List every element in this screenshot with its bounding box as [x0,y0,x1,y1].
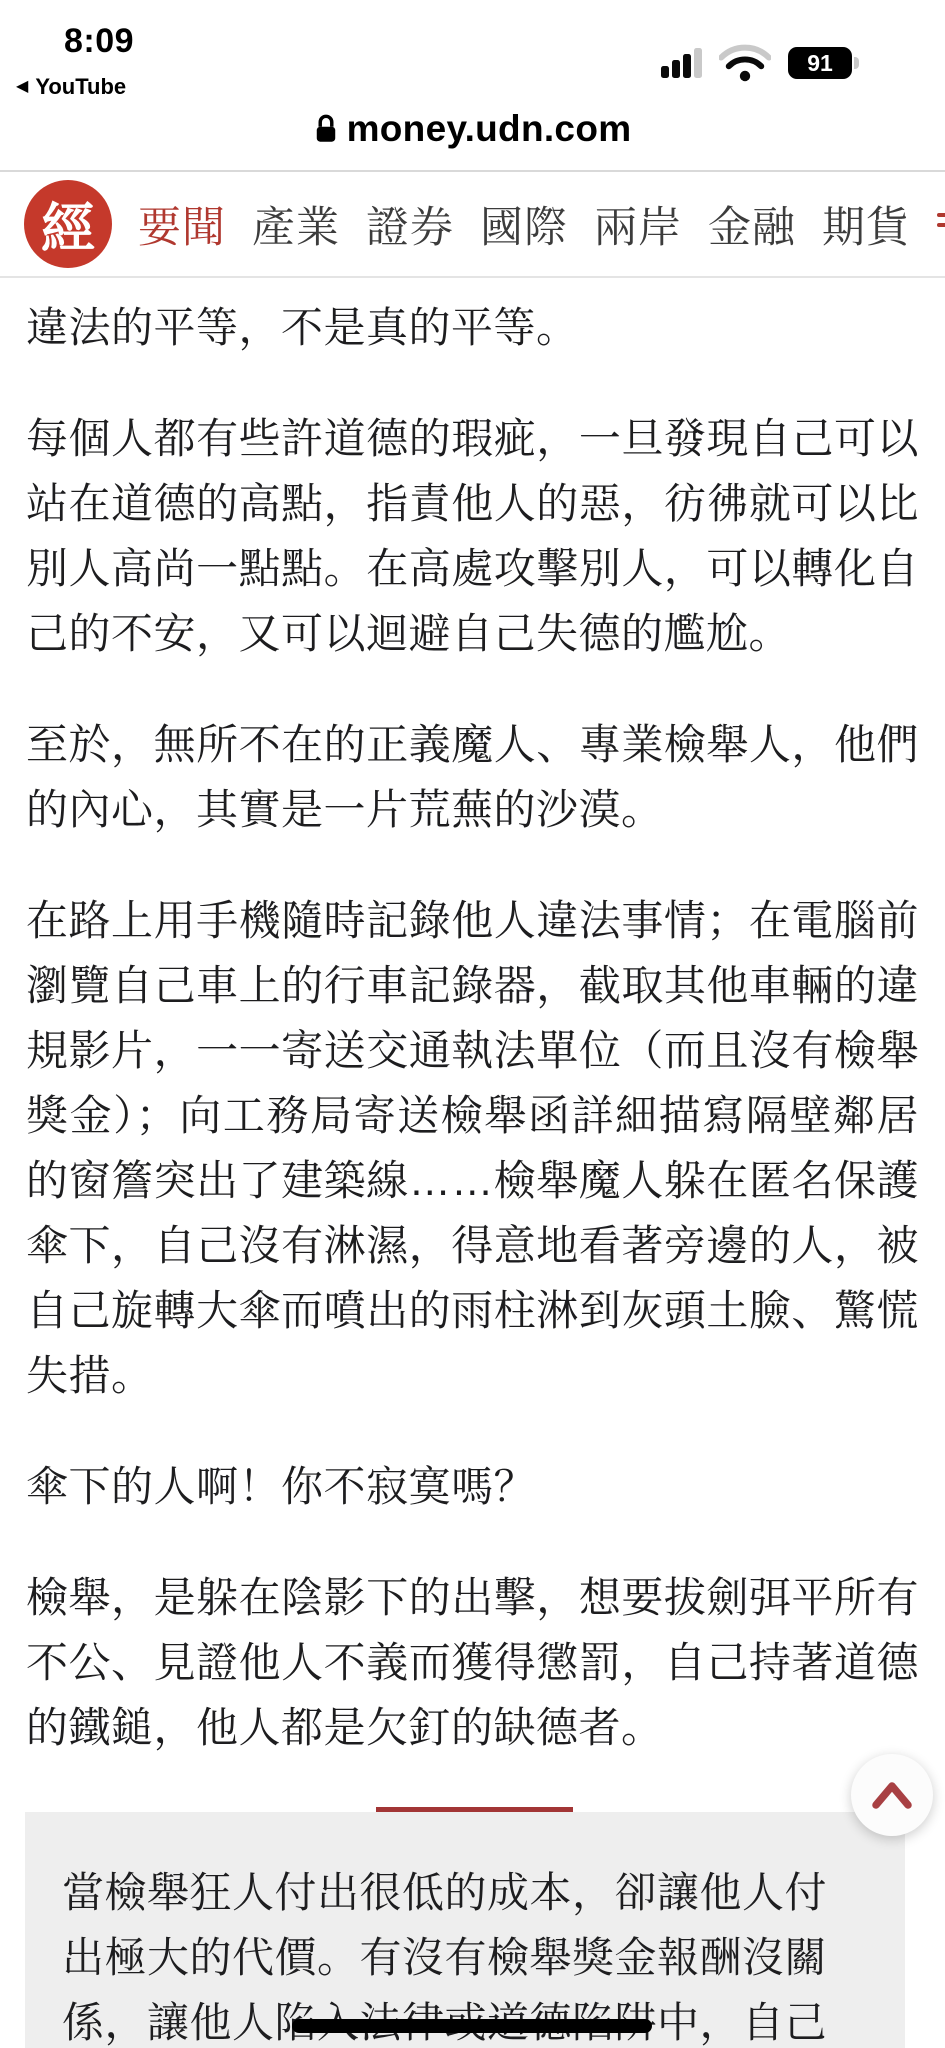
nav-tab-zhengquan[interactable]: 證券 [366,194,454,255]
wifi-icon [719,44,771,82]
nav-tab-qihuo[interactable]: 期貨 [822,194,910,255]
article-body: 違法的平等，不是真的平等。 每個人都有些許道德的瑕疵，一旦發現自己可以站在道德的… [0,278,945,1760]
back-to-app-button[interactable]: ◀ YouTube [16,74,126,100]
nav-tab-guoji[interactable]: 國際 [480,194,568,255]
battery-nub [854,57,859,69]
article-paragraph: 在路上用手機隨時記錄他人違法事情；在電腦前瀏覽自己車上的行車記錄器，截取其他車輛… [26,888,919,1408]
chevron-up-icon [866,1776,918,1814]
pull-quote-box: 當檢舉狂人付出很低的成本，卻讓他人付出極大的代價。有沒有檢舉獎金報酬沒關係，讓他… [25,1812,905,2048]
article-paragraph: 傘下的人啊！你不寂寞嗎？ [26,1454,919,1519]
home-indicator-handle[interactable] [292,2019,652,2033]
status-icons: 91 [661,44,859,82]
battery-percent: 91 [788,47,852,79]
nav-tab-liangan[interactable]: 兩岸 [594,194,682,255]
nav-tab-chanye[interactable]: 產業 [252,194,340,255]
address-bar[interactable]: money.udn.com [0,108,945,150]
cellular-signal-icon [661,48,702,78]
site-nav-bar: 經 要聞 產業 證券 國際 兩岸 金融 期貨 [0,172,945,278]
clock-time: 8:09 [64,22,134,61]
udn-money-logo[interactable]: 經 [24,180,112,268]
article-paragraph: 至於，無所不在的正義魔人、專業檢舉人，他們的內心，其實是一片荒蕪的沙漠。 [26,712,919,842]
article-paragraph: 違法的平等，不是真的平等。 [26,295,919,360]
battery-icon: 91 [788,47,859,79]
status-bar: 8:09 ◀ YouTube 91 money.udn.com [0,0,945,172]
article-paragraph: 檢舉，是躲在陰影下的出擊，想要拔劍弭平所有不公、見證他人不義而獲得懲罰，自己持著… [26,1565,919,1760]
search-button[interactable] [936,200,945,248]
nav-tab-jinrong[interactable]: 金融 [708,194,796,255]
back-arrow-icon: ◀ [16,79,28,95]
article-paragraph: 每個人都有些許道德的瑕疵，一旦發現自己可以站在道德的高點，指責他人的惡，彷彿就可… [26,406,919,666]
scroll-to-top-button[interactable] [851,1754,933,1836]
search-icon [936,200,945,248]
back-app-label: YouTube [35,74,126,100]
url-domain: money.udn.com [347,108,632,150]
lock-icon [314,114,338,144]
nav-tab-yaowen[interactable]: 要聞 [138,194,226,255]
